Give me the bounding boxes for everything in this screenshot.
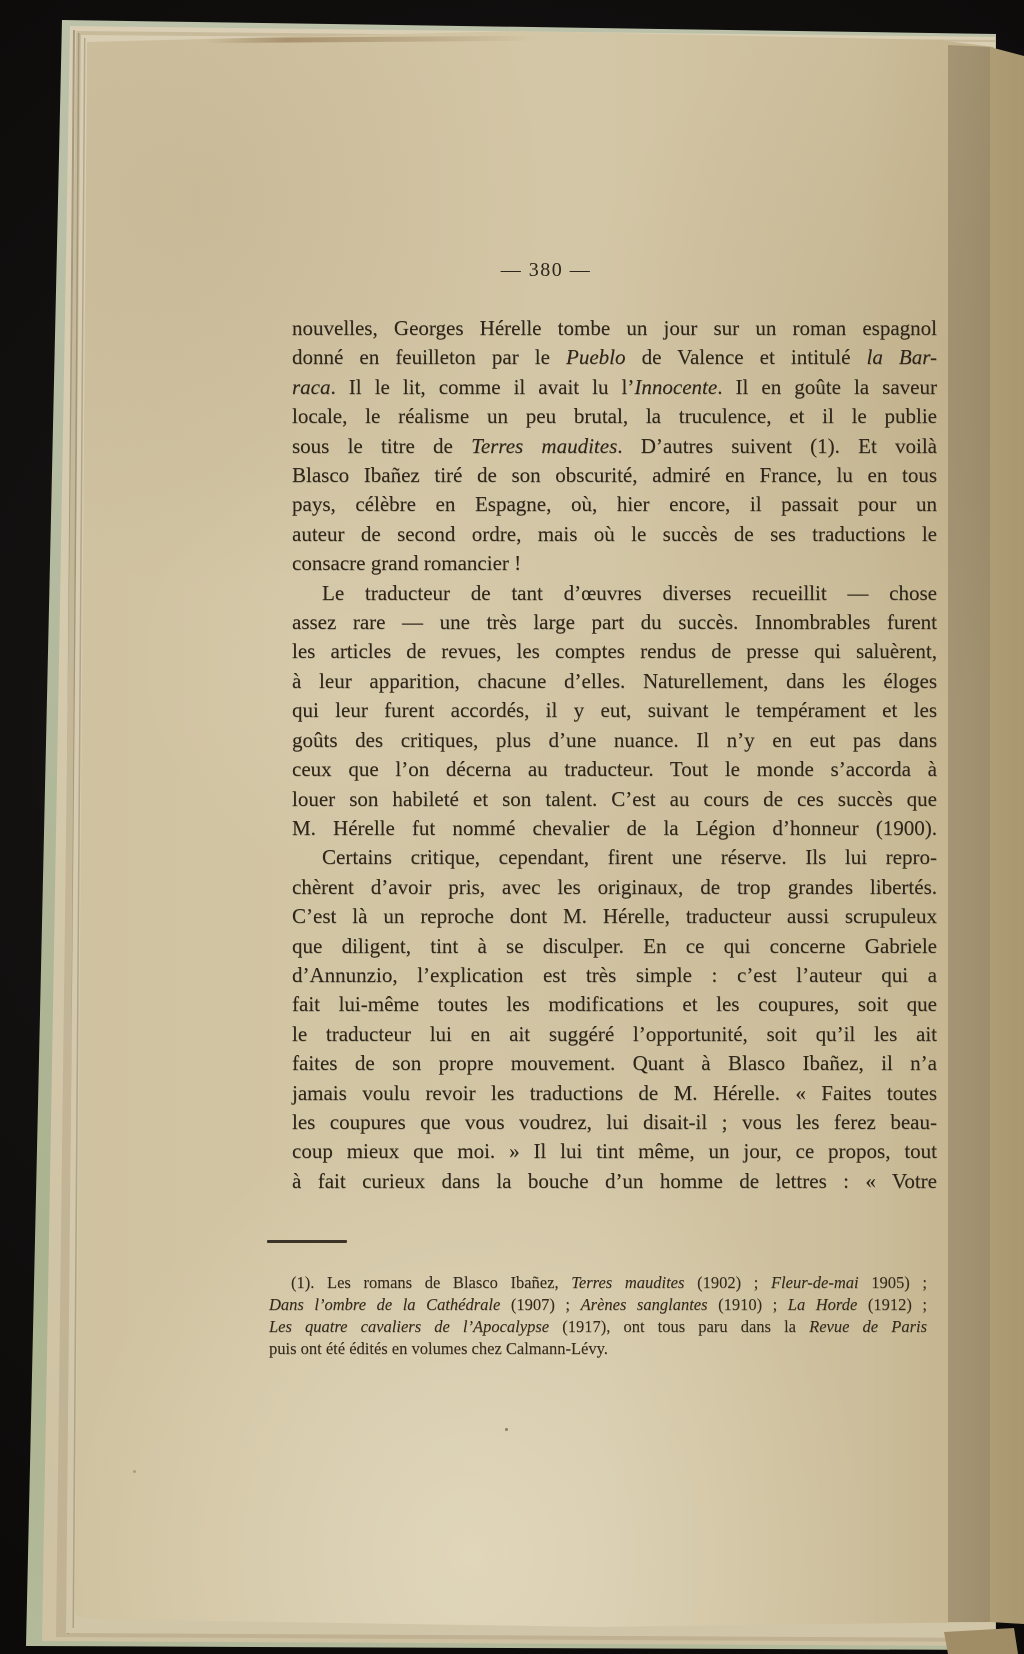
- text-line: assez rare — une très large part du succ…: [292, 608, 937, 637]
- text-line: (1). Les romans de Blasco Ibañez, Terres…: [269, 1272, 927, 1294]
- text-segment: coup mieux que moi. » Il lui tint même, …: [292, 1139, 937, 1163]
- text-line: goûts des critiques, plus d’une nuance. …: [292, 726, 937, 755]
- text-line: Les quatre cavaliers de l’Apocalypse (19…: [269, 1316, 927, 1338]
- footnote: (1). Les romans de Blasco Ibañez, Terres…: [269, 1272, 927, 1360]
- text-segment: la Bar-: [867, 345, 938, 369]
- text-segment: faites de son propre mouvement. Quant à …: [292, 1051, 937, 1075]
- book-page: — 380 — nouvelles, Georges Hérelle tombe…: [0, 0, 1024, 1654]
- text-segment: le traducteur lui en ait suggéré l’oppor…: [292, 1022, 937, 1046]
- text-segment: C’est là un reproche dont M. Hérelle, tr…: [292, 904, 937, 928]
- text-segment: (1907) ;: [500, 1295, 580, 1314]
- text-segment: assez rare — une très large part du succ…: [292, 610, 937, 634]
- text-segment: qui leur furent accordés, il y eut, suiv…: [292, 698, 937, 722]
- text-segment: les articles de revues, les comptes rend…: [292, 639, 937, 663]
- text-line: Blasco Ibañez tiré de son obscurité, adm…: [292, 461, 937, 490]
- text-segment: pays, célèbre en Espagne, où, hier encor…: [292, 492, 937, 516]
- text-line: locale, le réalisme un peu brutal, la tr…: [292, 402, 937, 431]
- text-segment: donné en feuilleton par le: [292, 345, 566, 369]
- text-segment: les coupures que vous voudrez, lui disai…: [292, 1110, 937, 1134]
- text-segment: Innocente: [634, 375, 717, 399]
- text-segment: . Il le lit, comme il avait lu l’: [331, 375, 635, 399]
- body-text: nouvelles, Georges Hérelle tombe un jour…: [292, 314, 937, 1196]
- text-segment: locale, le réalisme un peu brutal, la tr…: [292, 404, 937, 428]
- text-line: louer son habileté et son talent. C’est …: [292, 785, 937, 814]
- text-line: pays, célèbre en Espagne, où, hier encor…: [292, 490, 937, 519]
- text-line: raca. Il le lit, comme il avait lu l’Inn…: [292, 373, 937, 402]
- book-scan: — 380 — nouvelles, Georges Hérelle tombe…: [0, 0, 1024, 1654]
- text-line: Le traducteur de tant d’œuvres diverses …: [292, 579, 937, 608]
- text-line: Certains critique, cependant, firent une…: [292, 843, 937, 872]
- text-segment: Fleur-de-mai: [771, 1273, 859, 1292]
- text-segment: Terres maudites: [471, 434, 617, 458]
- text-line: à leur apparition, chacune d’elles. Natu…: [292, 667, 937, 696]
- footnote-separator: [267, 1240, 347, 1243]
- text-segment: (1902) ;: [684, 1273, 771, 1292]
- paragraph: (1). Les romans de Blasco Ibañez, Terres…: [269, 1272, 927, 1360]
- text-segment: . Il en goûte la saveur: [717, 375, 937, 399]
- text-line: auteur de second ordre, mais où le succè…: [292, 520, 937, 549]
- text-segment: . D’autres suivent (1). Et voilà: [617, 434, 937, 458]
- text-segment: M. Hérelle fut nommé chevalier de la Lég…: [292, 816, 937, 840]
- text-segment: (1917), ont tous paru dans la: [549, 1317, 809, 1336]
- text-line: nouvelles, Georges Hérelle tombe un jour…: [292, 314, 937, 343]
- paragraph: Le traducteur de tant d’œuvres diverses …: [292, 579, 937, 844]
- text-segment: louer son habileté et son talent. C’est …: [292, 787, 937, 811]
- text-line: donné en feuilleton par le Pueblo de Val…: [292, 343, 937, 372]
- paper-speck: [505, 1428, 508, 1431]
- text-segment: ceux que l’on décerna au traducteur. Tou…: [292, 757, 937, 781]
- text-line: sous le titre de Terres maudites. D’autr…: [292, 432, 937, 461]
- text-segment: 1905) ;: [859, 1273, 927, 1292]
- paragraph: Certains critique, cependant, firent une…: [292, 843, 937, 1196]
- text-segment: (1912) ;: [857, 1295, 927, 1314]
- text-line: jamais voulu revoir les traductions de M…: [292, 1079, 937, 1108]
- text-line: consacre grand romancier !: [292, 549, 937, 578]
- text-segment: Certains critique, cependant, firent une…: [322, 845, 937, 869]
- text-line: qui leur furent accordés, il y eut, suiv…: [292, 696, 937, 725]
- text-line: le traducteur lui en ait suggéré l’oppor…: [292, 1020, 937, 1049]
- text-line: C’est là un reproche dont M. Hérelle, tr…: [292, 902, 937, 931]
- text-line: ceux que l’on décerna au traducteur. Tou…: [292, 755, 937, 784]
- text-line: chèrent d’avoir pris, avec les originaux…: [292, 873, 937, 902]
- page-number: — 380 —: [501, 259, 592, 282]
- text-segment: jamais voulu revoir les traductions de M…: [292, 1081, 937, 1105]
- text-segment: d’Annunzio, l’explication est très simpl…: [292, 963, 937, 987]
- text-line: M. Hérelle fut nommé chevalier de la Lég…: [292, 814, 937, 843]
- text-segment: Le traducteur de tant d’œuvres diverses …: [322, 581, 937, 605]
- text-line: les coupures que vous voudrez, lui disai…: [292, 1108, 937, 1137]
- paper-speck: [133, 1470, 136, 1473]
- text-segment: à fait curieux dans la bouche d’un homme…: [292, 1169, 937, 1193]
- text-segment: à leur apparition, chacune d’elles. Natu…: [292, 669, 937, 693]
- text-segment: (1). Les romans de Blasco Ibañez,: [291, 1273, 571, 1292]
- text-segment: Arènes sanglantes: [581, 1295, 708, 1314]
- text-line: Dans l’ombre de la Cathédrale (1907) ; A…: [269, 1294, 927, 1316]
- text-segment: de Valence et intitulé: [626, 345, 867, 369]
- text-segment: Blasco Ibañez tiré de son obscurité, adm…: [292, 463, 937, 487]
- text-segment: fait lui-même toutes les modifications e…: [292, 992, 937, 1016]
- text-segment: auteur de second ordre, mais où le succè…: [292, 522, 937, 546]
- text-segment: Pueblo: [566, 345, 625, 369]
- text-segment: puis ont été édités en volumes chez Calm…: [269, 1339, 608, 1358]
- text-segment: goûts des critiques, plus d’une nuance. …: [292, 728, 937, 752]
- text-segment: raca: [292, 375, 331, 399]
- text-line: faites de son propre mouvement. Quant à …: [292, 1049, 937, 1078]
- text-segment: (1910) ;: [708, 1295, 788, 1314]
- text-line: d’Annunzio, l’explication est très simpl…: [292, 961, 937, 990]
- text-segment: nouvelles, Georges Hérelle tombe un jour…: [292, 316, 937, 340]
- text-line: fait lui-même toutes les modifications e…: [292, 990, 937, 1019]
- text-line: puis ont été édités en volumes chez Calm…: [269, 1338, 927, 1360]
- text-segment: sous le titre de: [292, 434, 471, 458]
- text-line: à fait curieux dans la bouche d’un homme…: [292, 1167, 937, 1196]
- text-segment: consacre grand romancier !: [292, 551, 521, 575]
- text-line: que diligent, tint à se disculper. En ce…: [292, 932, 937, 961]
- paragraph: nouvelles, Georges Hérelle tombe un jour…: [292, 314, 937, 579]
- text-segment: La Horde: [788, 1295, 858, 1314]
- text-segment: chèrent d’avoir pris, avec les originaux…: [292, 875, 937, 899]
- text-segment: Dans l’ombre de la Cathédrale: [269, 1295, 500, 1314]
- text-segment: que diligent, tint à se disculper. En ce…: [292, 934, 937, 958]
- text-segment: Terres maudites: [571, 1273, 684, 1292]
- text-line: les articles de revues, les comptes rend…: [292, 637, 937, 666]
- text-line: coup mieux que moi. » Il lui tint même, …: [292, 1137, 937, 1166]
- text-segment: Les quatre cavaliers de l’Apocalypse: [269, 1317, 549, 1336]
- text-segment: Revue de Paris: [809, 1317, 927, 1336]
